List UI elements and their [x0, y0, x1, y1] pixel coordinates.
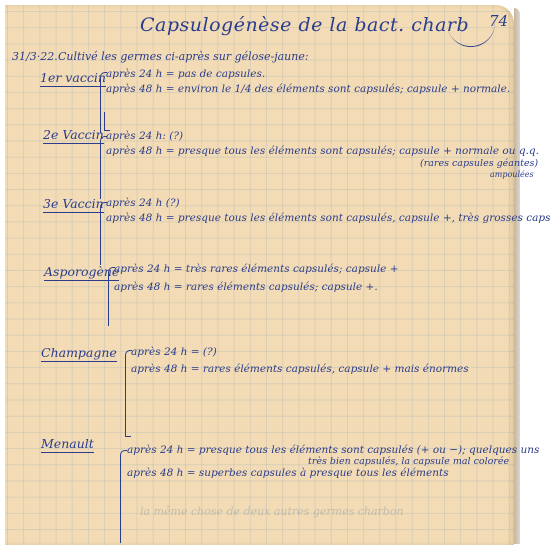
- entry-line: après 48 h = rares éléments capsulés; ca…: [114, 281, 378, 293]
- annotation: ampoulées: [490, 170, 534, 179]
- entry-line: après 24 h = presque tous les éléments s…: [127, 444, 539, 456]
- entry-line: après 24 h (?): [106, 197, 180, 209]
- page-title: Capsulogénèse de la bact. charb: [140, 14, 469, 36]
- entry-label-champagne: Champagne: [41, 345, 117, 362]
- entry-line: après 24 h: (?): [106, 130, 183, 142]
- entry-line: (rares capsules géantes): [420, 158, 538, 169]
- entry-date: 31/3·22.: [12, 50, 58, 63]
- entry-label-menault: Menault: [41, 436, 94, 453]
- bleed-through-text: la même chose de deux autres germes char…: [140, 505, 404, 518]
- page-edge: [514, 8, 520, 544]
- entry-line: après 48 h = rares éléments capsulés, ca…: [131, 363, 469, 375]
- connector: [125, 424, 131, 437]
- entry-line: après 48 h = presque tous les éléments s…: [106, 145, 539, 157]
- bracket: [125, 350, 132, 426]
- entry-label-3e-vaccin: 3e Vaccin: [43, 196, 104, 213]
- bracket: [108, 267, 115, 326]
- entry-line: après 24 h = pas de capsules.: [106, 68, 265, 80]
- entry-label-2e-vaccin: 2e Vaccin: [43, 127, 104, 144]
- intro-text: Cultivé les germes ci-après sur gélose-j…: [58, 50, 309, 63]
- entry-line: après 48 h = superbes capsules à presque…: [127, 467, 449, 479]
- entry-label-1er-vaccin: 1er vaccin: [40, 70, 106, 87]
- entry-line: après 48 h = environ le 1/4 des éléments…: [106, 83, 510, 95]
- entry-line: très bien capsulés, la capsule mal color…: [308, 456, 509, 467]
- entry-line: après 24 h = très rares éléments capsulé…: [114, 263, 399, 275]
- page-number: 74: [489, 12, 508, 30]
- entry-line: après 48 h = presque tous les éléments s…: [106, 212, 550, 224]
- connector: [104, 112, 110, 131]
- bracket: [120, 450, 127, 543]
- entry-line: après 24 h = (?): [131, 346, 217, 358]
